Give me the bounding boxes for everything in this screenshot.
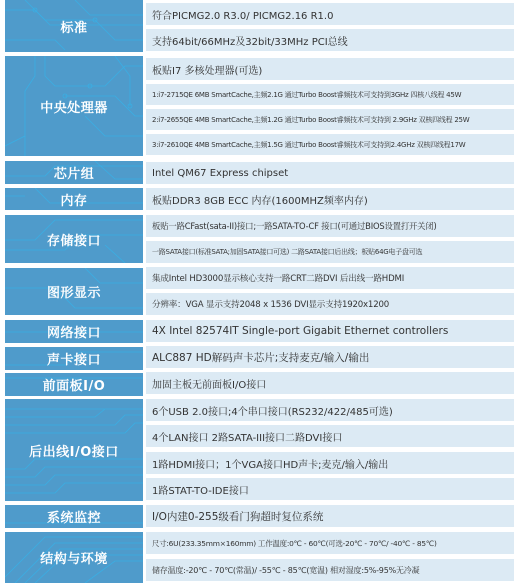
spec-value: 尺寸:6U(233.35mm×160mm) 工作温度:0℃ - 60℃(可选-2… — [146, 532, 514, 554]
label-environment: 结构与环境 — [5, 532, 143, 583]
spec-value: 4个LAN接口 2路SATA-III接口二路DVI接口 — [146, 425, 514, 447]
spec-value: ALC887 HD解码声卡芯片;支持麦克/输入/输出 — [146, 346, 514, 368]
spec-value: I/O内建0-255级看门狗超时复位系统 — [146, 505, 514, 527]
spec-value: 1:i7-2715QE 6MB SmartCache,主频2.1G 通过Turb… — [146, 84, 514, 105]
spec-value: 支持64bit/66MHz及32bit/33MHz PCI总线 — [146, 29, 514, 51]
spec-value: 4X Intel 82574IT Single-port Gigabit Eth… — [146, 320, 514, 342]
spec-value: Intel QM67 Express chipset — [146, 162, 514, 184]
spec-value: 1路STAT-TO-IDE接口 — [146, 478, 514, 500]
spec-value: 板贴DDR3 8GB ECC 内存(1600MHZ频率内存) — [146, 188, 514, 210]
label-graphics: 图形显示 — [5, 268, 143, 315]
spec-value: 符合PICMG2.0 R3.0/ PICMG2.16 R1.0 — [146, 3, 514, 25]
spec-value: 一路SATA接口(标准SATA;加固SATA接口可选) 二路SATA接口后出线；… — [146, 241, 514, 263]
label-network: 网络接口 — [5, 320, 143, 343]
spec-value: 3:i7-2610QE 4MB SmartCache,主频1.5G 通过Turb… — [146, 134, 514, 155]
spec-value: 板贴I7 多核处理器(可选) — [146, 58, 514, 80]
label-monitoring: 系统监控 — [5, 505, 143, 528]
label-front-panel: 前面板I/O — [5, 373, 143, 396]
label-memory: 内存 — [5, 188, 143, 210]
spec-value: 分辨率：VGA 显示支持2048 x 1536 DVI显示支持1920x1200 — [146, 293, 514, 315]
label-chipset: 芯片组 — [5, 161, 143, 184]
label-rear-io: 后出线I/O接口 — [5, 399, 143, 501]
spec-value: 储存温度:-20℃ - 70℃(常温)/ -55℃ - 85℃(宽温) 相对湿度… — [146, 559, 514, 581]
label-storage: 存储接口 — [5, 215, 143, 263]
label-audio: 声卡接口 — [5, 347, 143, 370]
spec-value: 6个USB 2.0接口;4个串口接口(RS232/422/485可选) — [146, 399, 514, 421]
spec-value: 加固主板无前面板I/O接口 — [146, 372, 514, 394]
spec-value: 板贴一路CFast(sata-II)接口;一路SATA-TO-CF 接口(可通过… — [146, 215, 514, 237]
label-standard: 标准 — [5, 0, 143, 52]
spec-value: 1路HDMI接口；1个VGA接口HD声卡;麦克/输入/输出 — [146, 452, 514, 474]
label-cpu: 中央处理器 — [5, 56, 143, 156]
spec-value: 2:i7-2655QE 4MB SmartCache,主频1.2G 通过Turb… — [146, 109, 514, 130]
spec-value: 集成Intel HD3000显示核心支持一路CRT二路DVI 后出线一路HDMI — [146, 267, 514, 289]
